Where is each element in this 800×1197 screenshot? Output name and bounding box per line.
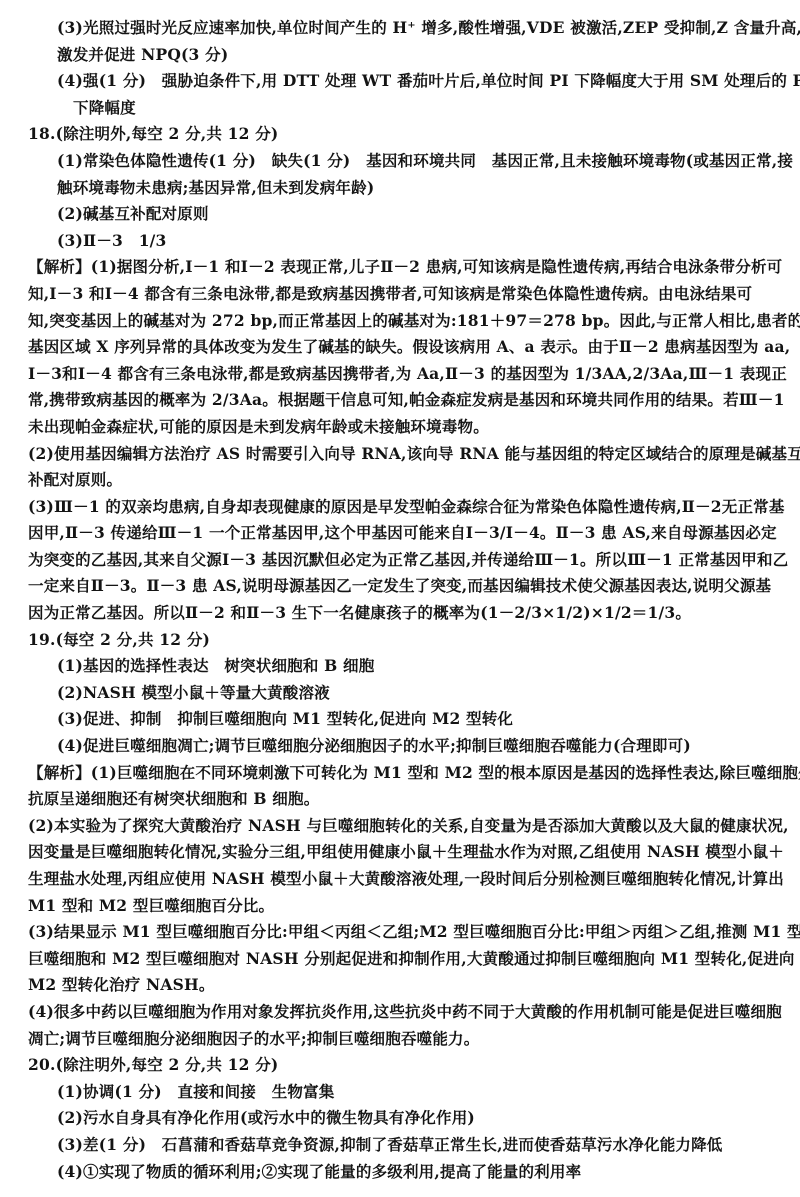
analysis-line: 凋亡;调节巨噬细胞分泌细胞因子的水平;抑制巨噬细胞吞噬能力。 <box>0 1026 800 1053</box>
analysis-line: 生理盐水处理,丙组应使用 NASH 模型小鼠＋大黄酸溶液处理,一段时间后分别检测… <box>0 866 800 893</box>
answer-line: (4)促进巨噬细胞凋亡;调节巨噬细胞分泌细胞因子的水平;抑制巨噬细胞吞噬能力(合… <box>0 733 800 760</box>
answer-line: 激发并促进 NPQ(3 分) <box>0 42 800 69</box>
answer-line: (2)碱基互补配对原则 <box>0 201 800 228</box>
answer-line: (2)污水自身具有净化作用(或污水中的微生物具有净化作用) <box>0 1105 800 1132</box>
analysis-line: 基因区域 X 序列异常的具体改变为发生了碱基的缺失。假设该病用 A、a 表示。由… <box>0 334 800 361</box>
analysis-line: (2)本实验为了探究大黄酸治疗 NASH 与巨噬细胞转化的关系,自变量为是否添加… <box>0 813 800 840</box>
answer-line: (2)NASH 模型小鼠＋等量大黄酸溶液 <box>0 680 800 707</box>
analysis-line: (3)结果显示 M1 型巨噬细胞百分比:甲组＜丙组＜乙组;M2 型巨噬细胞百分比… <box>0 919 800 946</box>
answer-line: 下降幅度 <box>0 95 800 122</box>
analysis-line: Ⅰ－3和Ⅰ－4 都含有三条电泳带,都是致病基因携带者,为 Aa,Ⅱ－3 的基因型… <box>0 361 800 388</box>
analysis-line: 因甲,Ⅱ－3 传递给Ⅲ－1 一个正常基因甲,这个甲基因可能来自Ⅰ－3/Ⅰ－4。Ⅱ… <box>0 520 800 547</box>
answer-line: (4)①实现了物质的循环利用;②实现了能量的多级利用,提高了能量的利用率 <box>0 1159 800 1186</box>
answer-line: (3)Ⅱ－3 1/3 <box>0 228 800 255</box>
analysis-line: (4)很多中药以巨噬细胞为作用对象发挥抗炎作用,这些抗炎中药不同于大黄酸的作用机… <box>0 999 800 1026</box>
analysis-line: 抗原呈递细胞还有树突状细胞和 B 细胞。 <box>0 786 800 813</box>
document-page: (3)光照过强时光反应速率加快,单位时间产生的 H⁺ 增多,酸性增强,VDE 被… <box>0 0 800 1197</box>
analysis-line: 因为正常乙基因。所以Ⅱ－2 和Ⅱ－3 生下一名健康孩子的概率为(1－2/3×1/… <box>0 600 800 627</box>
analysis-line: M1 型和 M2 型巨噬细胞百分比。 <box>0 893 800 920</box>
analysis-line: 【解析】(1)据图分析,Ⅰ－1 和Ⅰ－2 表现正常,儿子Ⅱ－2 患病,可知该病是… <box>0 254 800 281</box>
answer-line: (3)光照过强时光反应速率加快,单位时间产生的 H⁺ 增多,酸性增强,VDE 被… <box>0 15 800 42</box>
analysis-line: M2 型转化治疗 NASH。 <box>0 972 800 999</box>
analysis-line: (3)Ⅲ－1 的双亲均患病,自身却表现健康的原因是早发型帕金森综合征为常染色体隐… <box>0 494 800 521</box>
answer-line: 触环境毒物未患病;基因异常,但未到发病年龄) <box>0 175 800 202</box>
answer-line: (3)促进、抑制 抑制巨噬细胞向 M1 型转化,促进向 M2 型转化 <box>0 706 800 733</box>
analysis-line: 知,Ⅰ－3 和Ⅰ－4 都含有三条电泳带,都是致病基因携带者,可知该病是常染色体隐… <box>0 281 800 308</box>
analysis-line: 为突变的乙基因,其来自父源Ⅰ－3 基因沉默但必定为正常乙基因,并传递给Ⅲ－1。所… <box>0 547 800 574</box>
analysis-line: 常,携带致病基因的概率为 2/3Aa。根据题干信息可知,帕金森症发病是基因和环境… <box>0 387 800 414</box>
question-header: 20.(除注明外,每空 2 分,共 12 分) <box>0 1052 800 1079</box>
analysis-line: 因变量是巨噬细胞转化情况,实验分三组,甲组使用健康小鼠＋生理盐水作为对照,乙组使… <box>0 839 800 866</box>
analysis-line: 一定来自Ⅱ－3。Ⅱ－3 患 AS,说明母源基因乙一定发生了突变,而基因编辑技术使… <box>0 573 800 600</box>
analysis-line: 未出现帕金森症状,可能的原因是未到发病年龄或未接触环境毒物。 <box>0 414 800 441</box>
analysis-line: (2)使用基因编辑方法治疗 AS 时需要引入向导 RNA,该向导 RNA 能与基… <box>0 441 800 468</box>
answer-line: (1)基因的选择性表达 树突状细胞和 B 细胞 <box>0 653 800 680</box>
analysis-line: 巨噬细胞和 M2 型巨噬细胞对 NASH 分别起促进和抑制作用,大黄酸通过抑制巨… <box>0 946 800 973</box>
answer-line: (3)差(1 分) 石菖蒲和香菇草竞争资源,抑制了香菇草正常生长,进而使香菇草污… <box>0 1132 800 1159</box>
answer-line: (1)协调(1 分) 直接和间接 生物富集 <box>0 1079 800 1106</box>
answer-line: (4)强(1 分) 强胁迫条件下,用 DTT 处理 WT 番茄叶片后,单位时间 … <box>0 68 800 95</box>
answer-line: (1)常染色体隐性遗传(1 分) 缺失(1 分) 基因和环境共同 基因正常,且未… <box>0 148 800 175</box>
question-header: 19.(每空 2 分,共 12 分) <box>0 627 800 654</box>
analysis-line: 【解析】(1)巨噬细胞在不同环境刺激下可转化为 M1 型和 M2 型的根本原因是… <box>0 760 800 787</box>
analysis-line: 知,突变基因上的碱基对为 272 bp,而正常基因上的碱基对为:181＋97＝2… <box>0 308 800 335</box>
analysis-line: 补配对原则。 <box>0 467 800 494</box>
question-header: 18.(除注明外,每空 2 分,共 12 分) <box>0 121 800 148</box>
